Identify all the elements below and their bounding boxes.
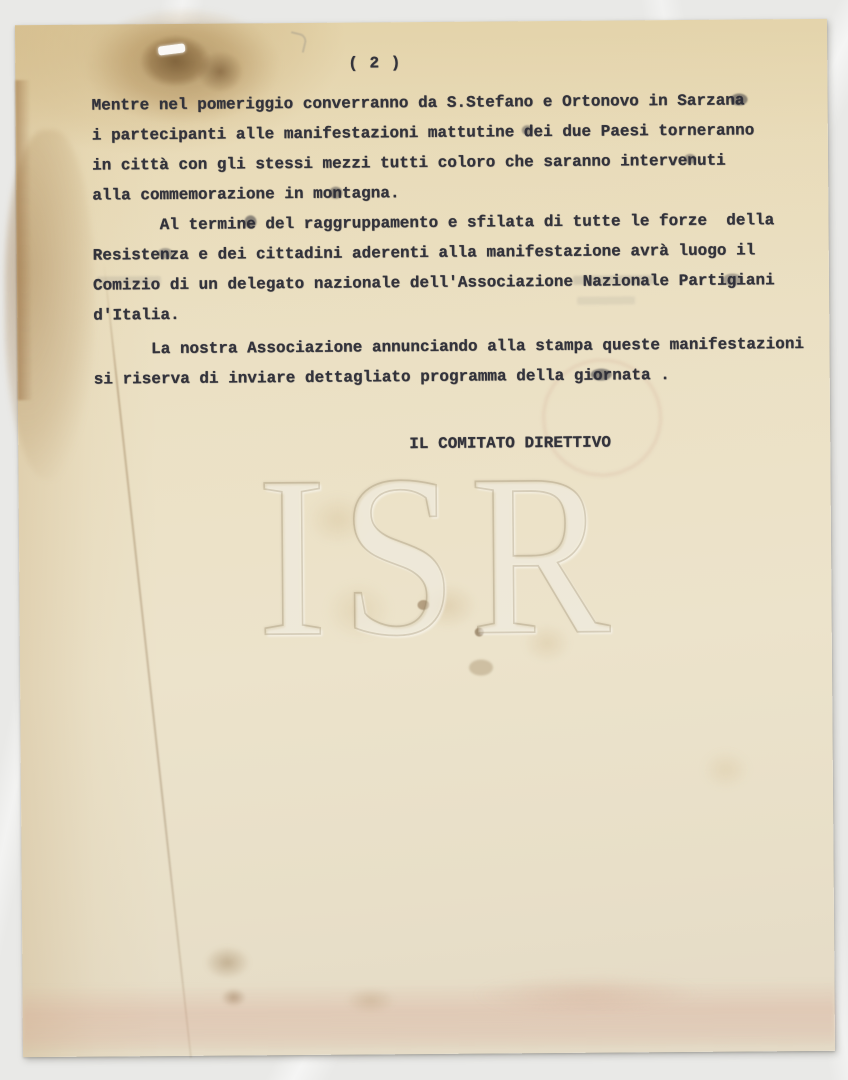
crease-smudge: [198, 941, 256, 983]
document-page: ISR ( 2 ) Mentre nel pomeriggio converra…: [15, 19, 835, 1057]
left-edge-discoloration: [15, 80, 33, 400]
stain-spot: [341, 984, 401, 1016]
pencil-mark: [287, 31, 308, 52]
stain-left-edge: [4, 130, 97, 481]
crease-smudge-2: [218, 985, 250, 1009]
text-line: si riserva di inviare dettagliato progra…: [94, 359, 805, 395]
text-line: La nostra Associazione annunciando alla …: [93, 329, 804, 365]
text-line: d'Italia.: [93, 295, 804, 331]
scan-background: { "document": { "page_number": "( 2 )", …: [0, 0, 848, 1080]
bottom-pink-blotch: [452, 968, 722, 1020]
typed-text-block: Mentre nel pomeriggio converranno da S.S…: [91, 85, 804, 395]
text-line: in città con gli stessi mezzi tutti colo…: [92, 145, 803, 181]
bottom-pink-band: [22, 979, 834, 1051]
paper-tear-highlight: [158, 43, 186, 55]
text-line: Comizio di un delegato nazionale dell'As…: [93, 265, 804, 301]
isr-watermark: ISR: [256, 444, 618, 678]
signature-line: IL COMITATO DIRETTIVO: [409, 428, 611, 460]
page-number: ( 2 ): [348, 48, 401, 78]
stain-spot: [697, 745, 755, 793]
stain-top-left-core: [133, 30, 217, 93]
